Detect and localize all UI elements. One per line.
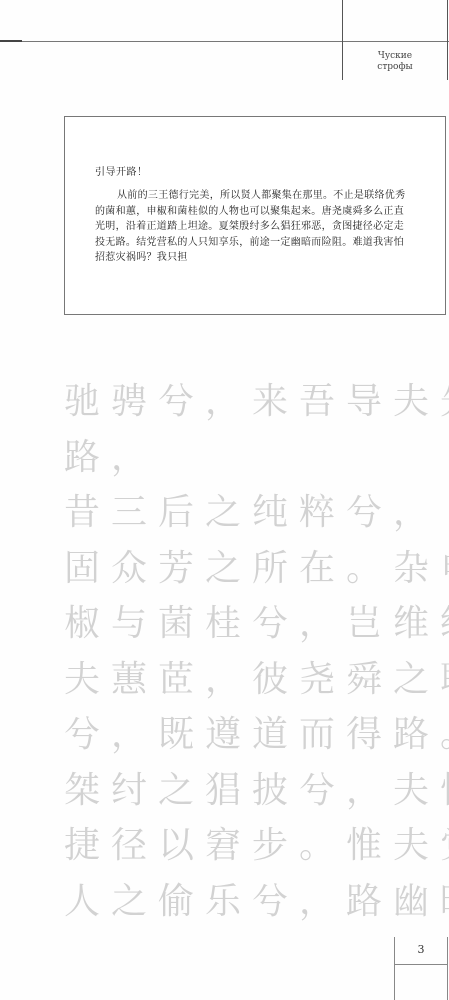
translation-box: 引导开路！ 从前的三王德行完美，所以贤人都聚集在那里。不止是联络优秀的菌和蕙，申…	[64, 116, 446, 315]
poem-line: 昔三后之纯粹兮，	[64, 485, 449, 541]
page-number: 3	[395, 943, 447, 956]
poem-line: 捷径以窘步。惟夫党	[64, 818, 449, 874]
footer-rule	[394, 964, 448, 965]
poem-line: 桀纣之猖披兮，夫惟	[64, 763, 449, 819]
poem-line: 人之偷乐兮，路幽昧	[64, 874, 449, 930]
translation-heading: 引导开路！	[95, 163, 148, 178]
poem-text: 驰骋兮，来吾导夫先 路， 昔三后之纯粹兮， 固众芳之所在。杂申 椒与菌桂兮，岂维…	[64, 374, 449, 929]
poem-line: 夫蕙茝，彼尧舜之耿介	[64, 652, 449, 708]
poem-line: 驰骋兮，来吾导夫先	[64, 374, 449, 430]
poem-line: 路，	[64, 430, 449, 486]
translation-body: 从前的三王德行完美，所以贤人都聚集在那里。不止是联络优秀的菌和蕙，申椒和菌桂似的…	[95, 188, 410, 266]
header-rule	[0, 41, 449, 42]
poem-line: 椒与菌桂兮，岂维纫	[64, 596, 449, 652]
poem-line: 固众芳之所在。杂申	[64, 541, 449, 597]
section-title-line-2: строфы	[343, 62, 447, 73]
section-title-line-1: Чуские	[343, 51, 447, 62]
footer-box-right-border	[447, 937, 448, 1000]
section-title: Чуские строфы	[343, 51, 447, 73]
poem-line: 兮，既遵道而得路。何	[64, 707, 449, 763]
header-box-right-border	[447, 0, 448, 80]
header-rule-accent	[0, 40, 22, 42]
